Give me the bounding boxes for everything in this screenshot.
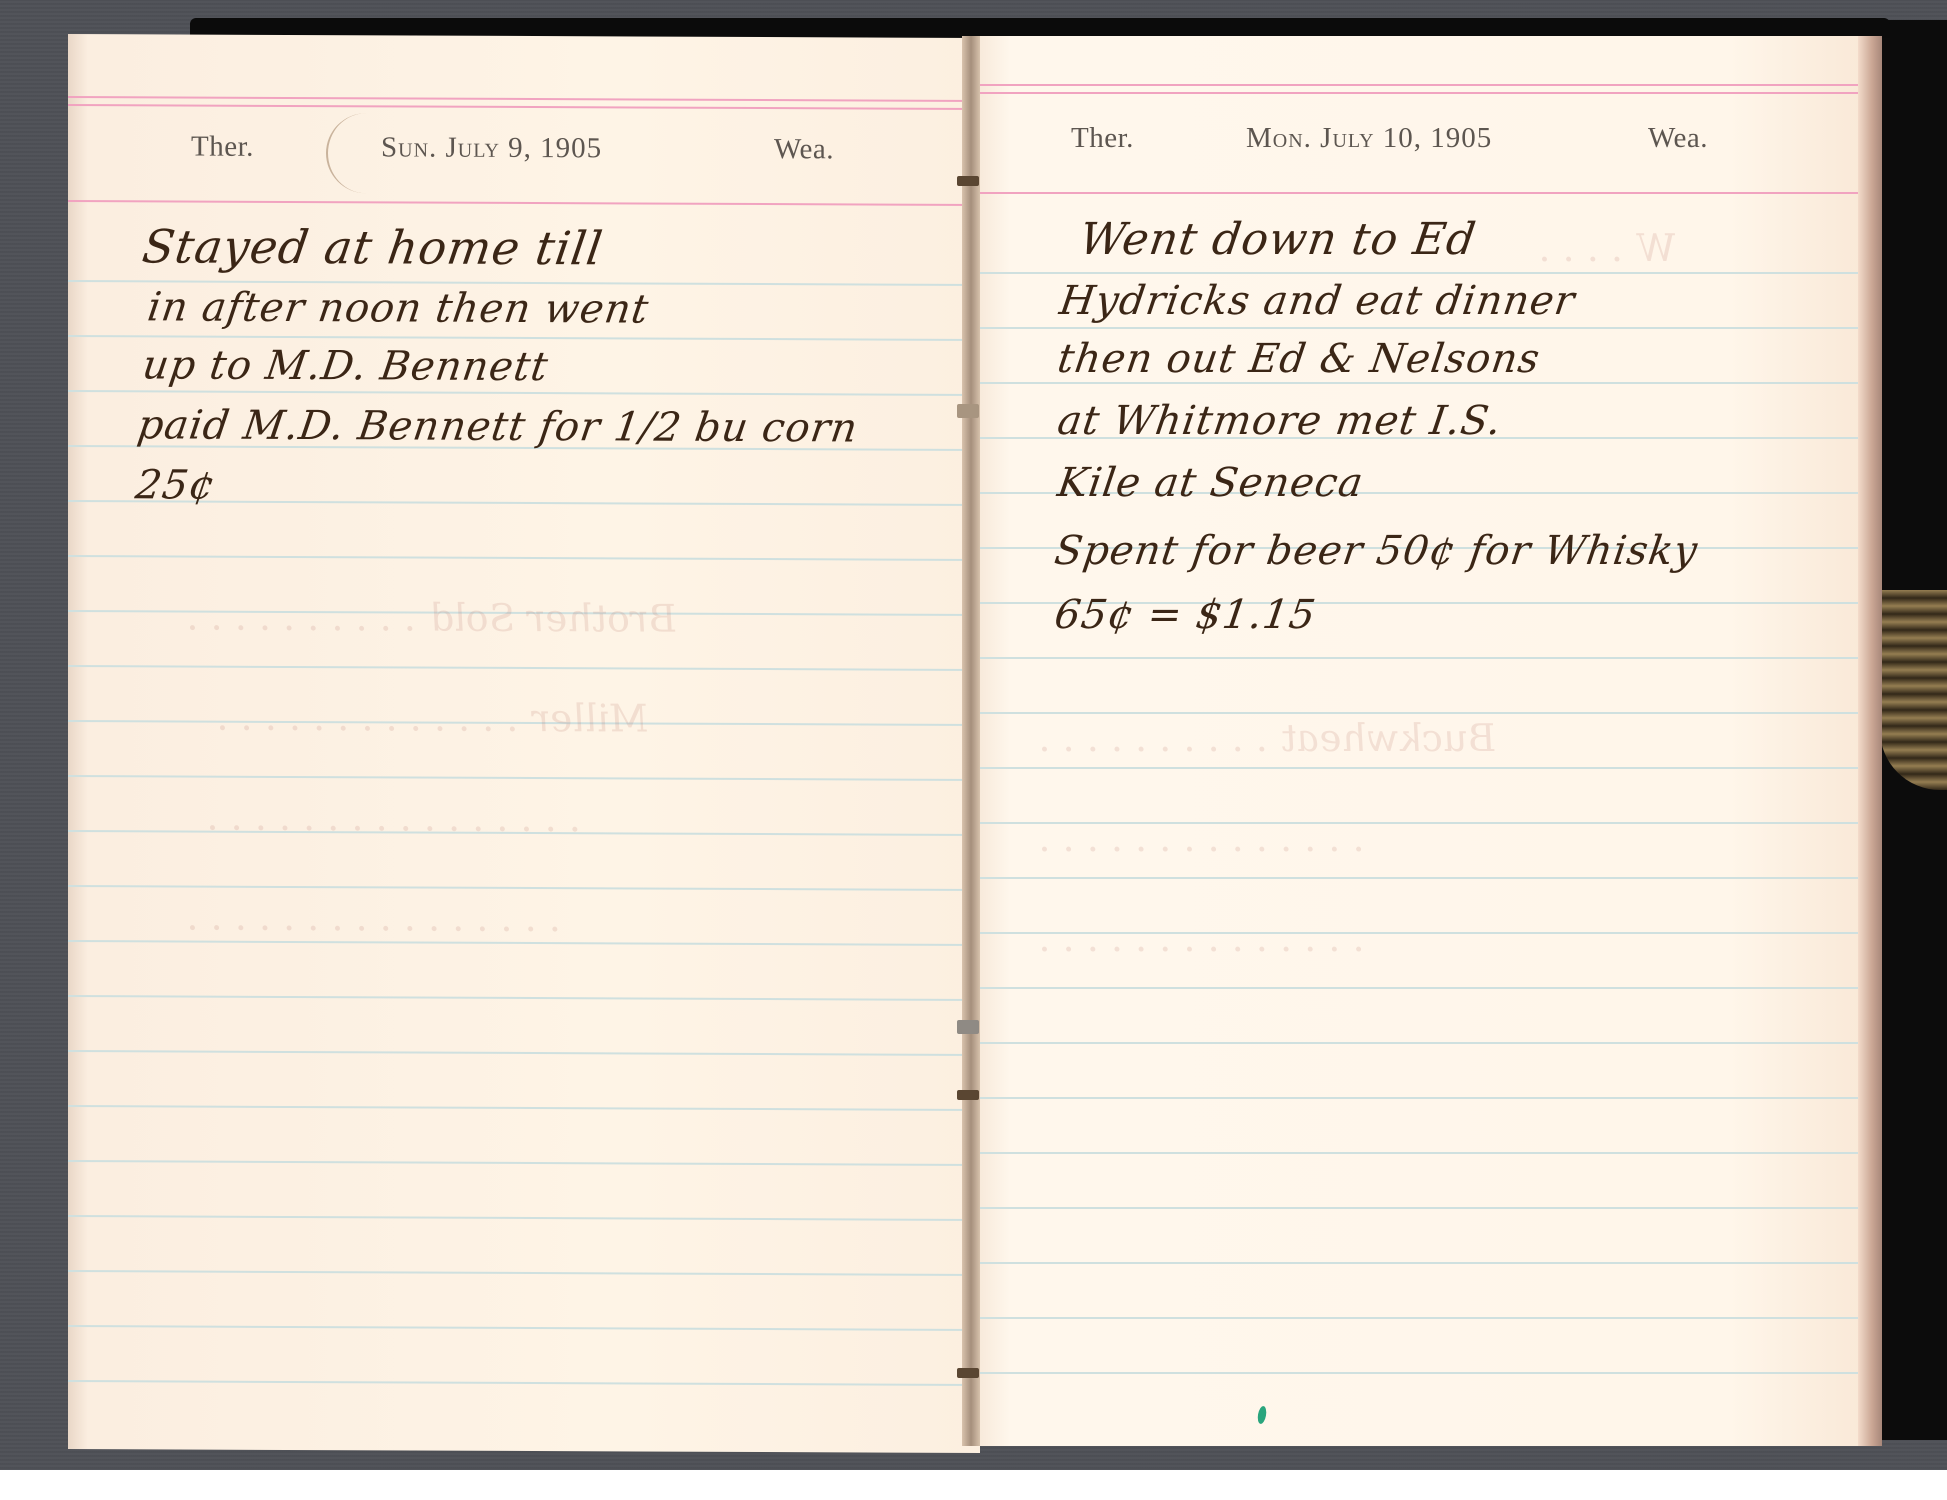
ther-label: Ther. (191, 131, 254, 164)
bleed-through-text: Buckwheat . . . . . . . . . . (1037, 716, 1499, 760)
ruled-line (980, 877, 1860, 879)
ruled-line (980, 987, 1860, 989)
entry-line-1: Went down to Ed (1076, 214, 1479, 265)
entry-line-5: Kile at Seneca (1055, 460, 1367, 506)
ruled-line (68, 775, 980, 781)
ther-label: Ther. (1071, 122, 1134, 155)
header-rule-top-2 (980, 92, 1860, 94)
ruled-line (980, 327, 1860, 329)
right-page-header: Ther. Mon. July 10, 1905 Wea. (980, 122, 1860, 162)
left-page-header: Ther. Sun. July 9, 1905 Wea. (68, 130, 980, 174)
ruled-line (980, 657, 1860, 659)
right-page: Ther. Mon. July 10, 1905 Wea. W . . . . … (980, 36, 1860, 1446)
binding-stitch (957, 404, 979, 418)
left-page: Ther. Sun. July 9, 1905 Wea. Brother Sol… (68, 34, 980, 1453)
entry-line-2: in after noon then went (145, 284, 652, 332)
ruled-line (980, 1097, 1860, 1099)
binding-stitch (957, 1368, 979, 1378)
ruled-line (68, 335, 980, 341)
entry-line-4: at Whitmore met I.S. (1055, 398, 1505, 444)
bleed-through-text: W . . . . (1537, 226, 1679, 270)
wea-label: Wea. (1648, 122, 1708, 155)
binding-stitch (957, 1090, 979, 1100)
ruled-line (68, 1270, 980, 1276)
bleed-through-text: . . . . . . . . . . . . . . . . (205, 795, 586, 841)
header-rule-bottom (68, 200, 980, 206)
header-rule-top-2 (68, 104, 980, 110)
ruled-line (980, 272, 1860, 274)
page-date: Mon. July 10, 1905 (1246, 122, 1492, 155)
ruled-line (980, 1372, 1860, 1374)
binding-stitch (957, 1020, 979, 1034)
ruled-line (68, 1160, 980, 1166)
ruled-line (980, 1317, 1860, 1319)
ruled-line (68, 1215, 980, 1221)
wea-label: Wea. (774, 133, 834, 166)
entry-line-7: 65¢ = $1.15 (1052, 592, 1319, 638)
ruled-line (68, 555, 980, 561)
binder-clip (1880, 590, 1947, 790)
entry-line-2: Hydricks and eat dinner (1057, 278, 1578, 324)
ruled-line (68, 1380, 980, 1386)
ruled-line (68, 885, 980, 891)
ruled-line (68, 1050, 980, 1056)
entry-line-6: Spent for beer 50¢ for Whisky (1052, 528, 1701, 574)
ruled-line (980, 1207, 1860, 1209)
page-fore-edge (1858, 36, 1882, 1446)
header-rule-top (68, 96, 980, 102)
bleed-through-text: . . . . . . . . . . . . . . (1037, 816, 1369, 860)
bleed-through-text: Brother Sold . . . . . . . . . . (185, 595, 680, 641)
book-spine (962, 36, 980, 1446)
bleed-through-text: . . . . . . . . . . . . . . . . (185, 895, 566, 941)
header-rule-top (980, 84, 1860, 86)
entry-line-3: then out Ed & Nelsons (1055, 336, 1543, 382)
ruled-line (68, 940, 980, 946)
bleed-through-text: . . . . . . . . . . . . . . (1037, 916, 1369, 960)
ruled-line (68, 995, 980, 1001)
entry-line-4: paid M.D. Bennett for 1/2 bu corn (135, 402, 861, 451)
entry-line-3: up to M.D. Bennett (140, 342, 552, 390)
ruled-line (68, 1325, 980, 1331)
ruled-line (980, 767, 1860, 769)
ruled-line (68, 665, 980, 671)
ruled-line (980, 712, 1860, 714)
ruled-line (980, 382, 1860, 384)
binding-stitch (957, 176, 979, 186)
green-ink-spot (1256, 1405, 1267, 1424)
entry-line-1: Stayed at home till (139, 219, 606, 275)
entry-line-5: 25¢ (133, 462, 219, 508)
ruled-line (68, 1105, 980, 1111)
bleed-through-text: Miller . . . . . . . . . . . . . (215, 695, 651, 741)
header-rule-bottom (980, 192, 1860, 194)
ruled-line (980, 1262, 1860, 1264)
ruled-line (980, 1152, 1860, 1154)
page-date: Sun. July 9, 1905 (381, 131, 602, 165)
ruled-line (68, 390, 980, 396)
ruled-line (980, 1042, 1860, 1044)
